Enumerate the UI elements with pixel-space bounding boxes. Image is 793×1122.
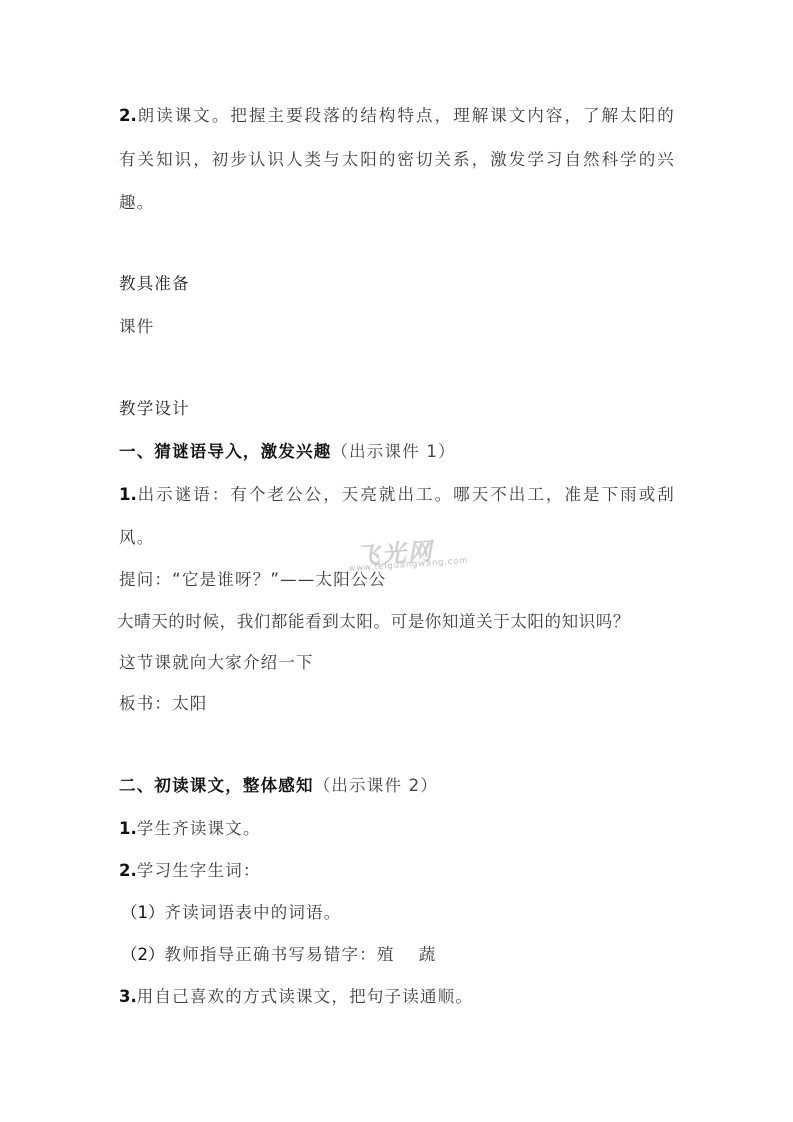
item-text: 用自己喜欢的方式读课文，把句子读通顺。 xyxy=(137,987,473,1006)
section-2-sub-2: （2）教师指导正确书写易错字：殖 蔬 xyxy=(121,944,436,966)
section-2-title: 二、初读课文，整体感知 xyxy=(119,776,314,795)
list-number: 2. xyxy=(119,106,137,125)
section-2-item-2: 2.学习生字生词： xyxy=(119,860,261,882)
item-text: 学习生字生词： xyxy=(137,861,261,880)
riddle-line-2: 风。 xyxy=(119,527,154,549)
riddle-line-1: 1.出示谜语：有个老公公，天亮就出工。哪天不出工，准是下雨或刮 xyxy=(119,484,675,506)
intro-line-1: 大晴天的时候，我们都能看到太阳。可是你知道关于太阳的知识吗？ xyxy=(117,611,630,633)
list-number: 1. xyxy=(119,819,137,838)
section-1-heading: 一、猜谜语导入，激发兴趣（出示课件 1） xyxy=(119,441,456,463)
document-page: 2.朗读课文。把握主要段落的结构特点，理解课文内容，了解太阳的 有关知识，初步认… xyxy=(0,0,793,1122)
section-2-item-1: 1.学生齐读课文。 xyxy=(119,818,261,840)
watermark-brand: 飞光网 xyxy=(354,531,434,571)
question-line: 提问：“它是谁呀？”——太阳公公 xyxy=(119,569,386,591)
list-number: 1. xyxy=(119,485,137,504)
sub-text: 齐读词语表中的词语。 xyxy=(165,903,342,922)
board-line: 板书：太阳 xyxy=(119,693,208,715)
section-2-heading: 二、初读课文，整体感知（出示课件 2） xyxy=(119,775,438,797)
objective-2-text-1: 朗读课文。把握主要段落的结构特点，理解课文内容，了解太阳的 xyxy=(137,106,675,125)
section-2-sub-1: （1）齐读词语表中的词语。 xyxy=(121,902,342,924)
objective-2-line-2: 有关知识，初步认识人类与太阳的密切关系，激发学习自然科学的兴 xyxy=(119,149,675,171)
objective-2-line-1: 2.朗读课文。把握主要段落的结构特点，理解课文内容，了解太阳的 xyxy=(119,105,675,127)
list-number: 2. xyxy=(119,861,137,880)
materials-heading: 教具准备 xyxy=(119,273,190,295)
riddle-text-1: 出示谜语：有个老公公，天亮就出工。哪天不出工，准是下雨或刮 xyxy=(137,485,675,504)
objective-2-line-3: 趣。 xyxy=(119,192,154,214)
section-1-note: （出示课件 1） xyxy=(331,442,455,461)
intro-line-2: 这节课就向大家介绍一下 xyxy=(119,652,314,674)
sub-number: （1） xyxy=(121,903,165,922)
section-1-title: 一、猜谜语导入，激发兴趣 xyxy=(119,442,331,461)
list-number: 3. xyxy=(119,987,137,1006)
section-2-item-3: 3.用自己喜欢的方式读课文，把句子读通顺。 xyxy=(119,986,473,1008)
item-text: 学生齐读课文。 xyxy=(137,819,261,838)
sub-text: 教师指导正确书写易错字：殖 蔬 xyxy=(165,945,437,964)
materials-content: 课件 xyxy=(119,316,154,338)
section-2-note: （出示课件 2） xyxy=(314,776,438,795)
design-heading: 教学设计 xyxy=(119,398,190,420)
sub-number: （2） xyxy=(121,945,165,964)
